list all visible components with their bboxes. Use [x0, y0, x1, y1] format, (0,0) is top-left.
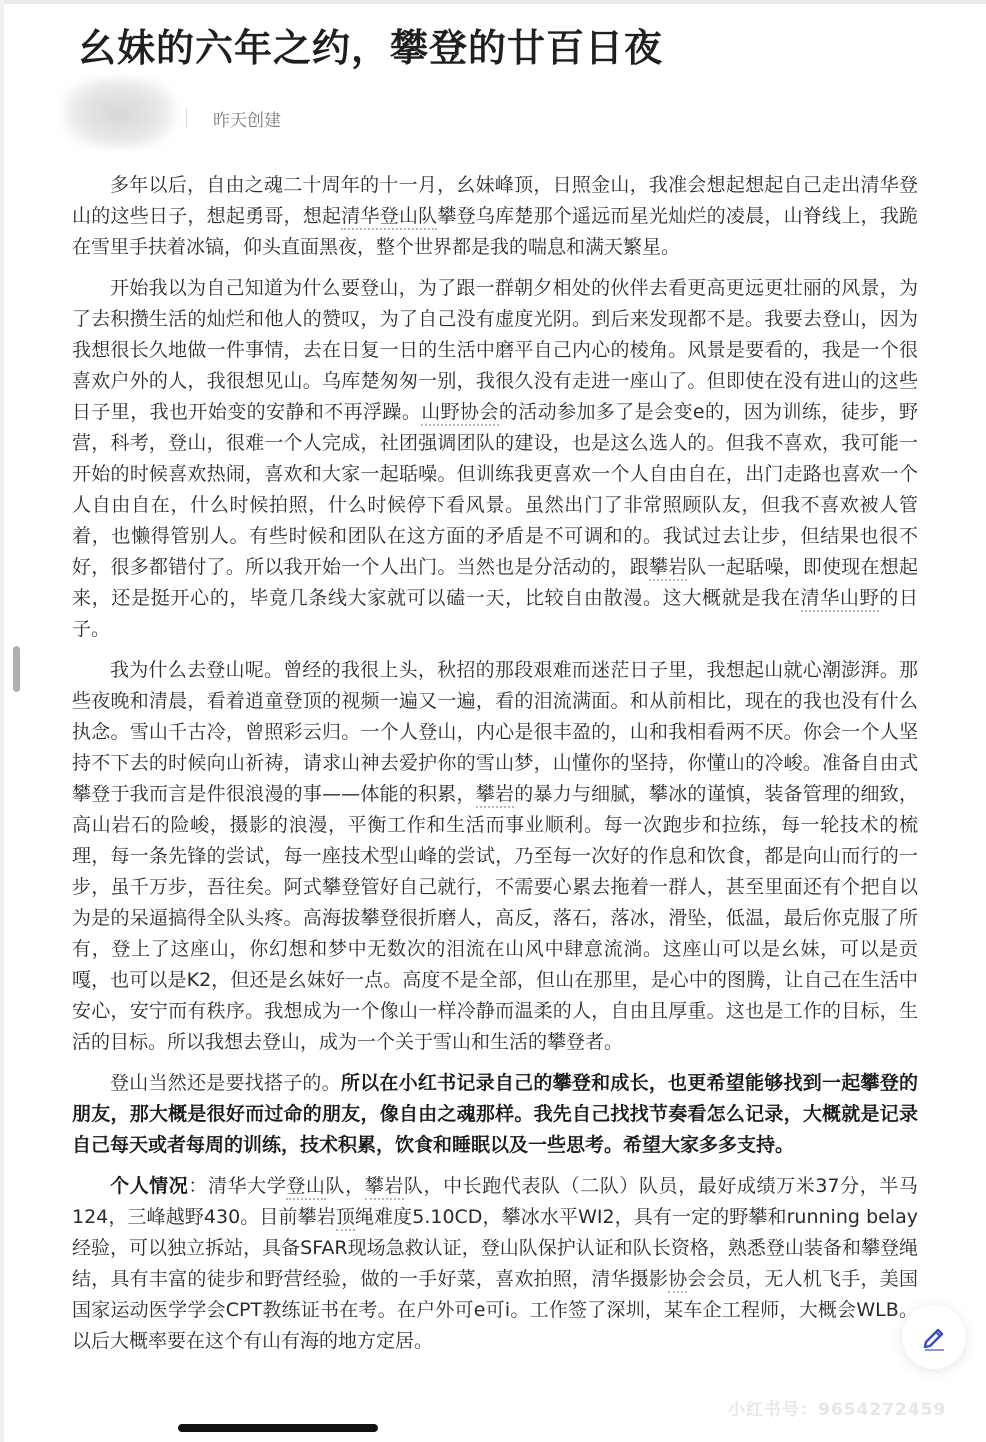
meta-divider — [186, 108, 187, 128]
paragraph-2: 开始我以为自己知道为什么要登山，为了跟一群朝夕相处的伙伴去看更高更远更壮丽的风景… — [72, 273, 918, 645]
home-indicator — [178, 1424, 378, 1432]
top-edge — [0, 0, 986, 4]
link-tsinghua-mountaineering-team[interactable]: 清华登山队 — [341, 205, 437, 230]
document-meta: 昨天创建 — [64, 90, 281, 146]
link-association[interactable]: 协 — [668, 1268, 687, 1293]
document-title: 幺妹的六年之约，攀登的廿百日夜 — [78, 20, 663, 76]
link-mountain-association[interactable]: 山野协会 — [421, 401, 499, 426]
left-edge — [0, 0, 4, 1442]
link-mountaineering[interactable]: 登山 — [286, 1175, 325, 1200]
text: 的暴力与细腻，攀冰的谨慎，装备管理的细致，高山岩石的险峻，摄影的浪漫，平衡工作和… — [72, 783, 918, 1053]
link-rock-climbing[interactable]: 攀岩 — [365, 1175, 404, 1200]
text: 队， — [326, 1175, 365, 1197]
edit-button[interactable] — [902, 1305, 966, 1369]
paragraph-1: 多年以后，自由之魂二十周年的十一月，幺妹峰顶，日照金山，我准会想起想起自己走出清… — [72, 170, 918, 263]
pencil-icon — [919, 1322, 949, 1352]
watermark: 小红书号：9654272459 — [728, 1395, 946, 1420]
link-top-rope[interactable]: 顶 — [336, 1206, 355, 1231]
paragraph-4: 登山当然还是要找搭子的。所以在小红书记录自己的攀登和成长，也更希望能够找到一起攀… — [72, 1068, 918, 1161]
link-rock-climbing[interactable]: 攀岩 — [476, 783, 514, 808]
article-body: 多年以后，自由之魂二十周年的十一月，幺妹峰顶，日照金山，我准会想起想起自己走出清… — [72, 170, 918, 1367]
text: ：清华大学 — [188, 1175, 286, 1197]
paragraph-3: 我为什么去登山呢。曾经的我很上头，秋招的那段艰难而迷茫日子里，我想起山就心潮澎湃… — [72, 655, 918, 1058]
personal-info-label: 个人情况 — [110, 1175, 188, 1197]
link-tsinghua-shanye[interactable]: 清华山野 — [801, 587, 880, 612]
link-rock-climbing[interactable]: 攀岩 — [649, 556, 687, 581]
text: 登山当然还是要找搭子的。 — [110, 1072, 341, 1094]
paragraph-5-personal-info: 个人情况：清华大学登山队，攀岩队，中长跑代表队（二队）队员，最好成绩万米37分，… — [72, 1171, 918, 1357]
scroll-indicator[interactable] — [13, 646, 20, 692]
created-date: 昨天创建 — [213, 106, 281, 131]
text: 的活动参加多了是会变e的，因为训练，徒步，野营，科考，登山，很难一个人完成，社团… — [72, 401, 918, 578]
author-avatar-blurred[interactable] — [64, 78, 174, 148]
